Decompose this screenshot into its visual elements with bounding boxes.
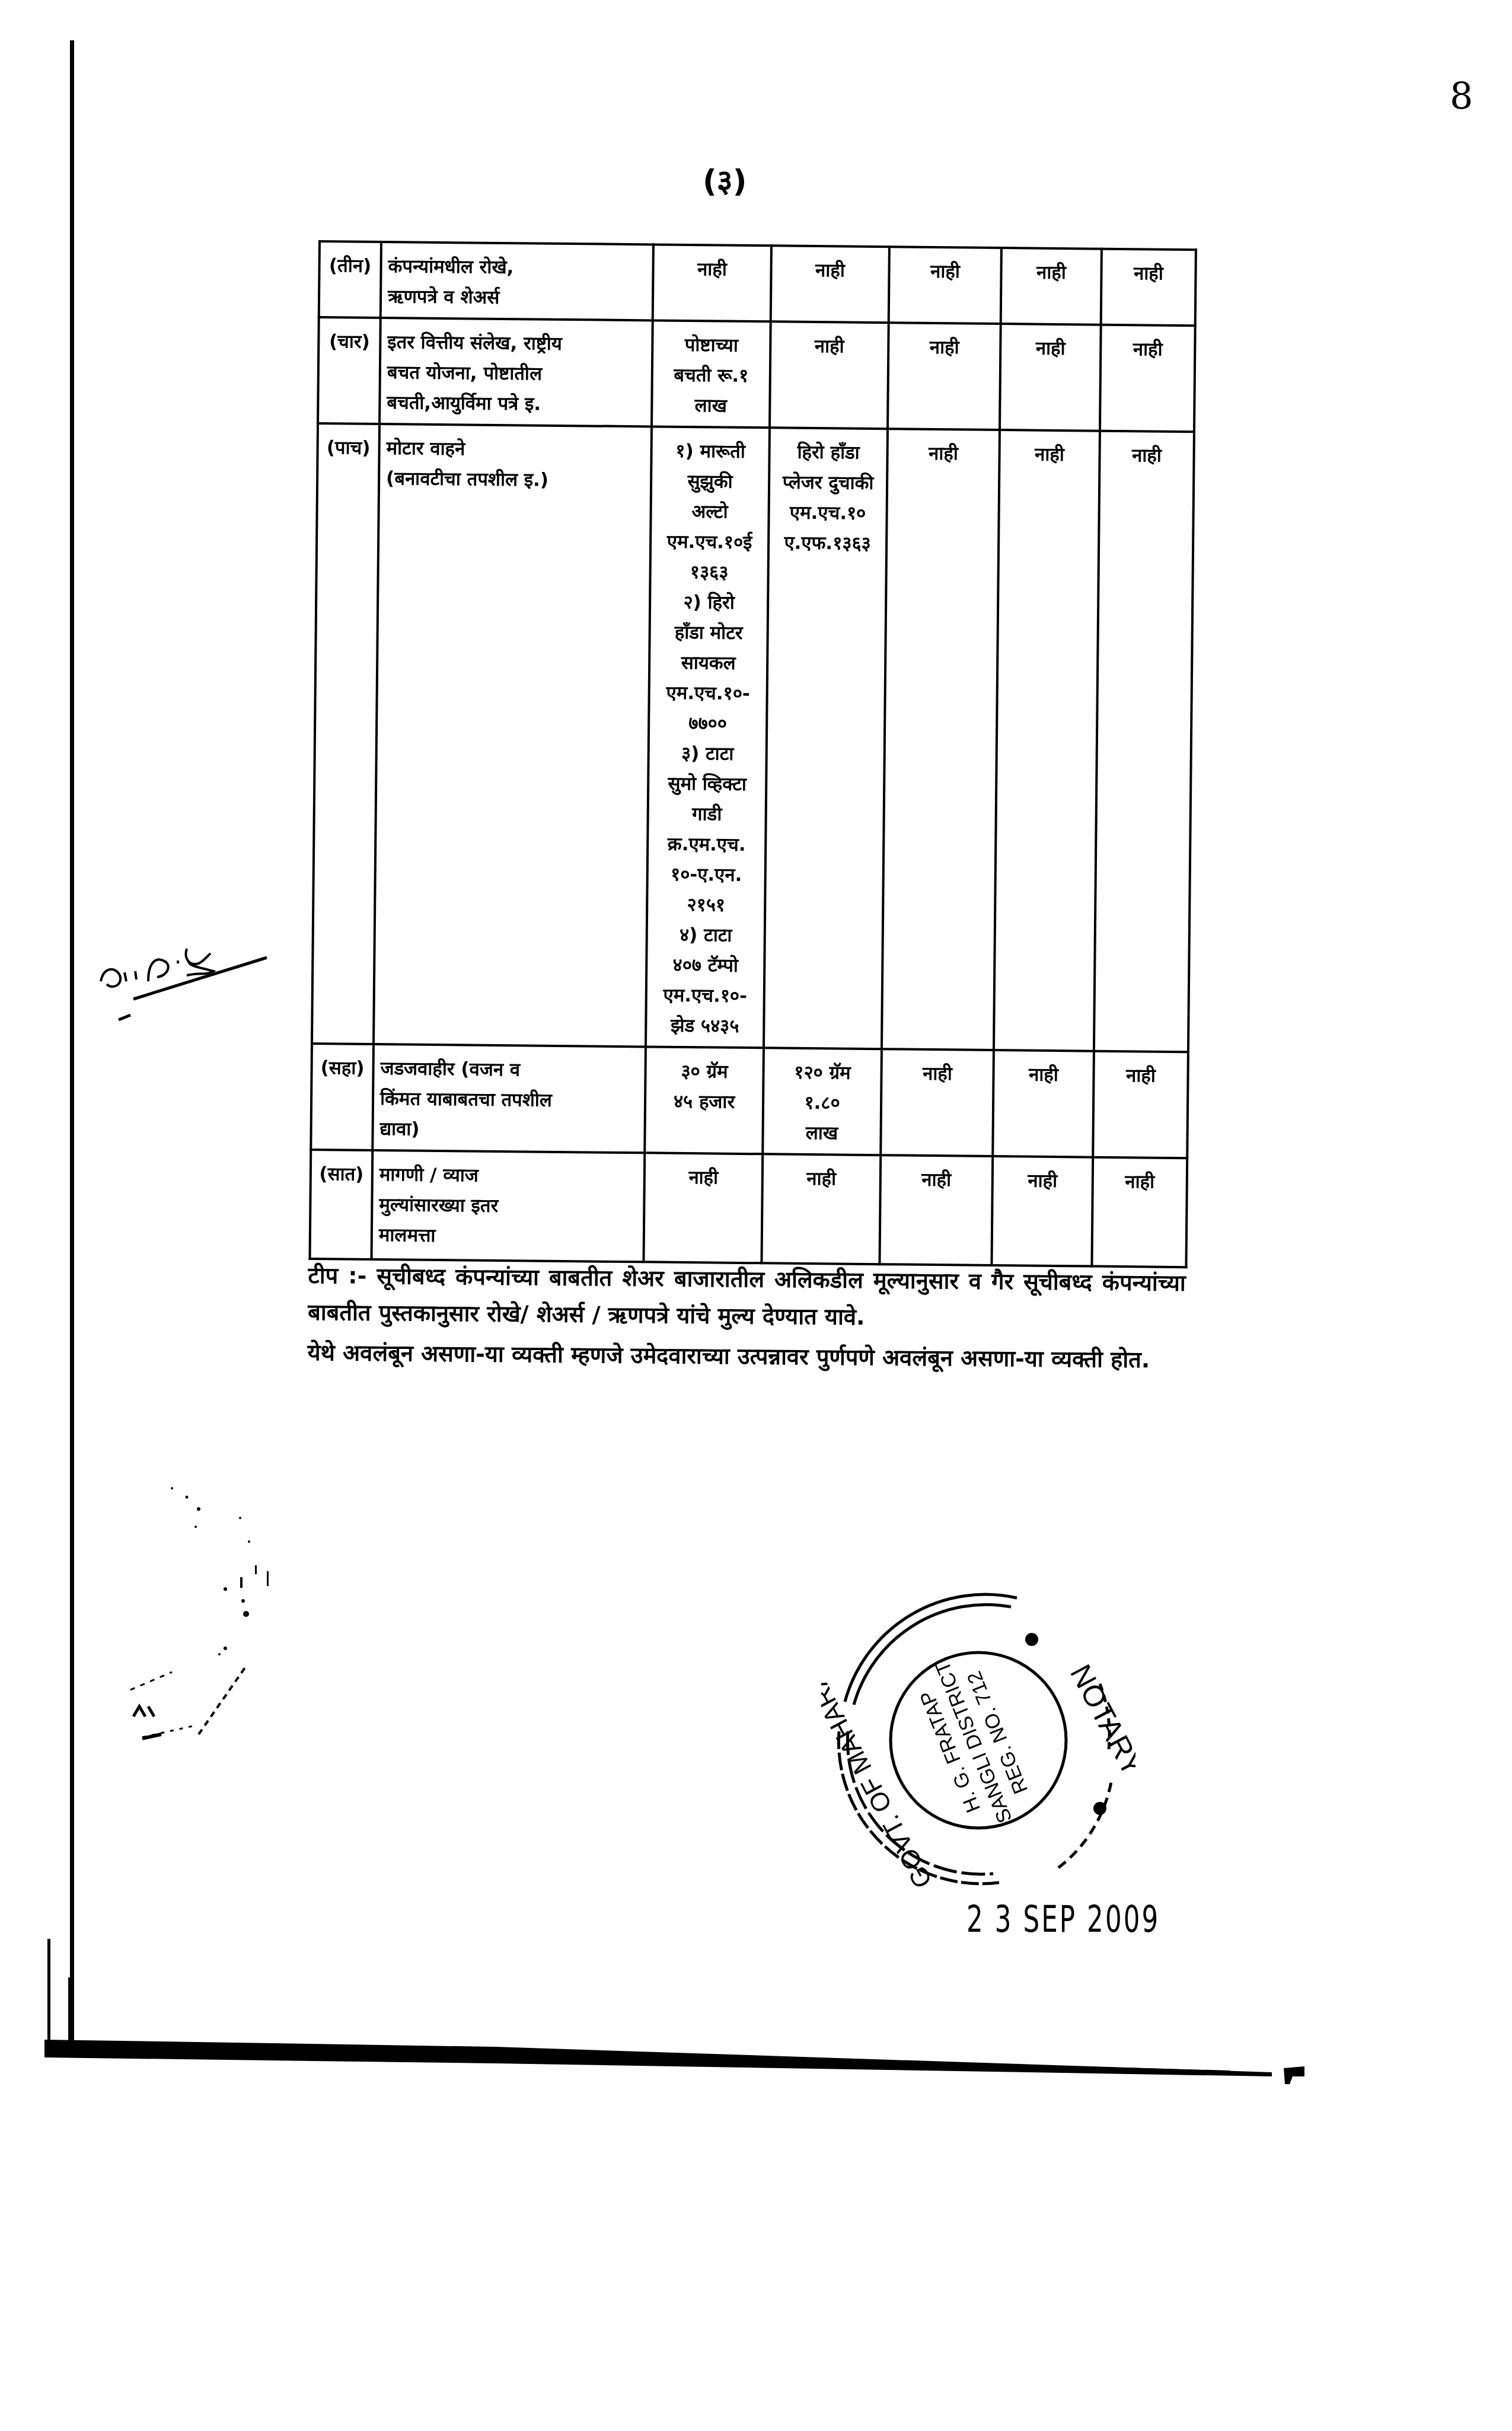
value-line: नाही [1100, 1167, 1180, 1198]
section-number: (३) [703, 159, 747, 201]
asset-value-cell: १२० ग्रॅम१.८०लाख [763, 1048, 882, 1155]
faint-stamp-marks [107, 1482, 285, 1767]
value-line: १०-ए.एन. [655, 859, 758, 891]
description-line: इतर वित्तीय संलेख, राष्ट्रीय [387, 327, 645, 360]
row-number: (पाच) [312, 423, 379, 1044]
value-line: नाही [888, 1058, 986, 1090]
table-row: (पाच)मोटार वाहने(बनावटीचा तपशील इ.)१) मा… [312, 423, 1194, 1052]
asset-value-cell: १) मारूतीसुझुकीअल्टोएम.एच.१०ई१३६३२) हिरो… [646, 426, 770, 1048]
value-line: सुमो व्हिक्टा [655, 768, 759, 800]
description-line: (बनावटीचा तपशील इ.) [386, 464, 644, 496]
description-line: मागणी / व्याज [379, 1160, 637, 1192]
asset-value-cell: पोष्टाच्याबचती रू.१लाख [652, 320, 771, 428]
stamp-govt-text: GOVT. OF MAHARASHTRA [821, 1588, 938, 1893]
asset-description: जडजवाहीर (वजन वकिंमत याबाबतचा तपशीलद्याव… [372, 1044, 646, 1153]
value-line: लाख [659, 391, 763, 422]
description-line: मालमत्ता [379, 1220, 637, 1253]
value-line: नाही [1108, 259, 1188, 289]
value-line: १) मारूती [658, 436, 762, 468]
value-line: सायकल [656, 648, 760, 679]
asset-value-cell: नाही [770, 321, 889, 429]
value-line: नाही [1100, 1061, 1181, 1092]
description-line: ऋणपत्रे व शेअर्स [388, 282, 646, 314]
footnote-dependents: येथे अवलंबून असणा-या व्यक्ती म्हणजे उमेद… [307, 1334, 1185, 1379]
description-line: बचती,आयुर्विमा पत्रे इ. [387, 388, 645, 420]
left-margin-mark [47, 1939, 50, 2043]
value-line: अल्टो [658, 497, 761, 528]
value-line: नाही [896, 256, 994, 288]
table-row: (तीन)कंपन्यांमधील रोखे,ऋणपत्रे व शेअर्सन… [319, 241, 1196, 326]
value-line: पोष्टाच्या [659, 330, 763, 362]
asset-value-cell: नाही [643, 1153, 763, 1263]
asset-value-cell: नाही [761, 1154, 881, 1264]
value-line: एम.एच.१०ई [658, 527, 761, 559]
value-line: नाही [777, 331, 881, 362]
value-line: नाही [660, 254, 764, 286]
asset-value-cell: नाही [888, 323, 1001, 430]
asset-description: इतर वित्तीय संलेख, राष्ट्रीयबचत योजना, प… [379, 318, 653, 426]
value-line: हिरो हॉंडा [776, 437, 880, 468]
scan-edge-bar [44, 2040, 1319, 2093]
asset-description: मोटार वाहने(बनावटीचा तपशील इ.) [374, 424, 652, 1047]
row-number: (सात) [310, 1150, 373, 1259]
value-line: २) हिरो [657, 588, 761, 619]
value-line: बचती रू.१ [659, 360, 763, 392]
left-margin-mark [68, 1977, 71, 2043]
value-line: नाही [652, 1162, 755, 1194]
asset-value-cell: नाही [882, 429, 1000, 1050]
stamp-date: 2 3 SEP 2009 [966, 1897, 1160, 1941]
asset-value-cell: नाही [994, 430, 1100, 1051]
asset-value-cell: नाही [881, 1049, 994, 1156]
assets-table: (तीन)कंपन्यांमधील रोखे,ऋणपत्रे व शेअर्सन… [308, 240, 1197, 1268]
value-line: ए.एफ.१३६३ [776, 528, 879, 559]
value-line: नाही [1008, 257, 1094, 288]
value-line: ३) टाटा [655, 739, 759, 770]
row-number: (तीन) [319, 241, 381, 318]
asset-value-cell: नाही [1094, 431, 1194, 1052]
value-line: नाही [1108, 334, 1188, 365]
notary-stamp: NOTARY GOVT. OF MAHARASHTRA H. G. FRATAP… [821, 1583, 1135, 1897]
asset-value-cell: नाही [653, 244, 771, 321]
value-line: नाही [888, 1165, 985, 1196]
asset-description: कंपन्यांमधील रोखे,ऋणपत्रे व शेअर्स [381, 242, 653, 320]
asset-description: मागणी / व्याजमुल्यांसारख्या इतरमालमत्ता [372, 1150, 645, 1262]
value-line: १३६३ [657, 557, 761, 589]
asset-value-cell: हिरो हॉंडाप्लेजर दुचाकीएम.एच.१०ए.एफ.१३६३ [764, 428, 888, 1049]
table-row: (सात)मागणी / व्याजमुल्यांसारख्या इतरमालम… [310, 1150, 1188, 1267]
row-number: (सहा) [311, 1044, 374, 1150]
value-line: ४) टाटा [654, 920, 758, 951]
value-line: २१५१ [654, 889, 758, 921]
asset-value-cell: नाही [771, 245, 889, 323]
value-line: ७७०० [656, 709, 760, 740]
value-line: नाही [1006, 439, 1092, 470]
table-row: (सहा)जडजवाहीर (वजन वकिंमत याबाबतचा तपशील… [311, 1044, 1188, 1158]
value-line: नाही [770, 1163, 873, 1195]
asset-value-cell: नाही [1101, 249, 1196, 326]
asset-value-cell: ३० ग्रॅम४५ हजार [645, 1047, 764, 1154]
value-line: नाही [1007, 333, 1093, 364]
asset-value-cell: नाही [1093, 1051, 1188, 1159]
value-line: एम.एच.१० [776, 497, 879, 529]
footnote-note: टीप :- सूचीबध्द कंपन्यांच्या बाबतीत शेअर… [308, 1257, 1186, 1338]
value-line: हॉंडा मोटर [656, 618, 760, 649]
value-line: ४५ हजार [652, 1086, 756, 1118]
asset-value-cell: नाही [1092, 1157, 1187, 1268]
page-number: 8 [1450, 74, 1473, 117]
description-line: बचत योजना, पोष्टातील [387, 358, 645, 390]
value-line: नाही [894, 438, 992, 470]
value-line: सुझुकी [658, 467, 762, 498]
value-line: क्र.एम.एच. [655, 829, 758, 860]
table-row: (चार)इतर वित्तीय संलेख, राष्ट्रीयबचत योज… [318, 317, 1195, 432]
asset-value-cell: नाही [1100, 325, 1195, 432]
value-line: नाही [1000, 1060, 1086, 1090]
asset-value-cell: नाही [991, 1156, 1093, 1266]
value-line: गाडी [655, 799, 758, 830]
value-line: १.८० [770, 1087, 874, 1119]
row-number: (चार) [318, 317, 381, 424]
asset-value-cell: नाही [993, 1050, 1094, 1157]
signature-icon [89, 901, 279, 1032]
description-line: मोटार वाहने [386, 433, 644, 466]
description-line: मुल्यांसारख्या इतर [379, 1190, 637, 1223]
asset-value-cell: नाही [879, 1155, 993, 1265]
value-line: ३० ग्रॅम [652, 1056, 756, 1087]
value-line: लाख [770, 1118, 873, 1149]
value-line: नाही [1106, 441, 1186, 471]
value-line: एम.एच.१०- [653, 980, 757, 1012]
footnote-block: टीप :- सूचीबध्द कंपन्यांच्या बाबतीत शेअर… [307, 1257, 1186, 1382]
value-line: नाही [1000, 1166, 1086, 1197]
value-line: एम.एच.१०- [656, 678, 760, 710]
value-line: ४०७ टॅम्पो [653, 950, 757, 981]
value-line: प्लेजर दुचाकी [776, 467, 880, 499]
stamp-notary-text: NOTARY [1064, 1659, 1135, 1781]
value-line: नाही [895, 332, 993, 363]
description-line: जडजवाहीर (वजन व [380, 1054, 638, 1086]
value-line: नाही [778, 255, 882, 286]
description-line: द्यावा) [379, 1114, 637, 1147]
value-line: झेड ५४३५ [653, 1010, 757, 1042]
asset-value-cell: नाही [889, 247, 1001, 324]
asset-value-cell: नाही [1001, 248, 1102, 325]
description-line: कंपन्यांमधील रोखे, [388, 251, 646, 284]
left-margin-line [70, 40, 74, 2044]
value-line: १२० ग्रॅम [770, 1057, 874, 1089]
description-line: किंमत याबाबतचा तपशील [380, 1084, 638, 1116]
asset-value-cell: नाही [1000, 324, 1101, 431]
